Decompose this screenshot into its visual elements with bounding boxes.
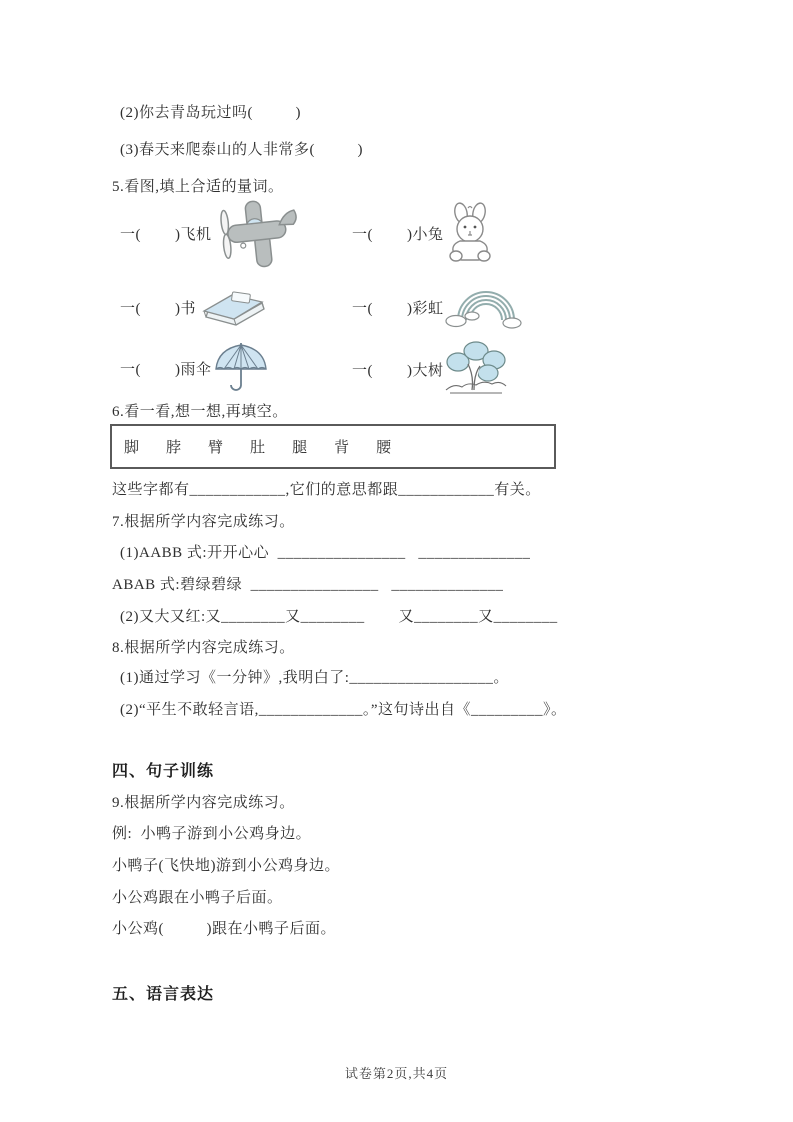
rabbit-illustration	[444, 202, 496, 264]
q7-line-abab: ABAB 式:碧绿碧绿 ________________ ___________…	[112, 575, 503, 595]
q5-item-rainbow-label: 一( )彩虹	[352, 297, 444, 318]
q9-line-4: 小公鸡( )跟在小鸭子后面。	[112, 919, 336, 939]
q5-item-umbrella: 一( )雨伞	[120, 340, 270, 396]
q6-character-box: 脚 脖 臂 肚 腿 背 腰	[110, 424, 556, 469]
book-illustration	[196, 285, 270, 331]
rainbow-illustration	[444, 284, 524, 332]
q6-char: 腰	[376, 436, 391, 457]
q5-item-rabbit-label: 一( )小兔	[352, 223, 444, 244]
q5-item-rainbow: 一( )彩虹	[352, 285, 524, 330]
q9-line-2: 小鸭子(飞快地)游到小公鸡身边。	[112, 856, 340, 876]
q5-item-airplane: 一( )飞机	[120, 198, 304, 268]
q4-item-2: (2)你去青岛玩过吗( )	[120, 103, 301, 123]
q4-item-3: (3)春天来爬泰山的人非常多( )	[120, 140, 363, 160]
q5-item-tree-label: 一( )大树	[352, 359, 444, 380]
exam-page: (2)你去青岛玩过吗( ) (3)春天来爬泰山的人非常多( ) 5.看图,填上合…	[0, 0, 793, 1122]
q5-title: 5.看图,填上合适的量词。	[112, 177, 284, 197]
q6-fill-line: 这些字都有____________,它们的意思都跟____________有关。	[112, 480, 541, 500]
q5-item-book-label: 一( )书	[120, 297, 196, 318]
section4-title: 四、句子训练	[112, 762, 214, 782]
q7-line-aabb: (1)AABB 式:开开心心 ________________ ________…	[120, 543, 530, 563]
q7-title: 7.根据所学内容完成练习。	[112, 512, 295, 532]
umbrella-illustration	[212, 341, 270, 395]
q7-line-youda: (2)又大又红:又________又________ 又________又___…	[120, 607, 558, 627]
q6-char: 脚	[124, 436, 139, 457]
q6-char: 脖	[166, 436, 181, 457]
q9-title: 9.根据所学内容完成练习。	[112, 793, 295, 813]
tree-illustration	[444, 340, 510, 398]
q8-line-1: (1)通过学习《一分钟》,我明白了:__________________。	[120, 668, 509, 688]
q5-item-airplane-label: 一( )飞机	[120, 223, 212, 244]
q9-line-3: 小公鸡跟在小鸭子后面。	[112, 888, 283, 908]
q9-example: 例: 小鸭子游到小公鸡身边。	[112, 824, 311, 844]
q8-line-2: (2)“平生不敢轻言语,_____________。”这句诗出自《_______…	[120, 700, 567, 720]
q6-char: 背	[334, 436, 349, 457]
q8-title: 8.根据所学内容完成练习。	[112, 638, 295, 658]
airplane-illustration	[212, 197, 304, 269]
q6-title: 6.看一看,想一想,再填空。	[112, 402, 288, 422]
q5-item-book: 一( )书	[120, 285, 270, 330]
q5-item-rabbit: 一( )小兔	[352, 198, 496, 268]
q5-item-umbrella-label: 一( )雨伞	[120, 358, 212, 379]
q6-char: 肚	[250, 436, 265, 457]
q6-char: 臂	[208, 436, 223, 457]
section5-title: 五、语言表达	[112, 985, 214, 1005]
q5-item-tree: 一( )大树	[352, 340, 510, 398]
q6-char: 腿	[292, 436, 307, 457]
page-footer: 试卷第2页,共4页	[0, 1063, 793, 1082]
